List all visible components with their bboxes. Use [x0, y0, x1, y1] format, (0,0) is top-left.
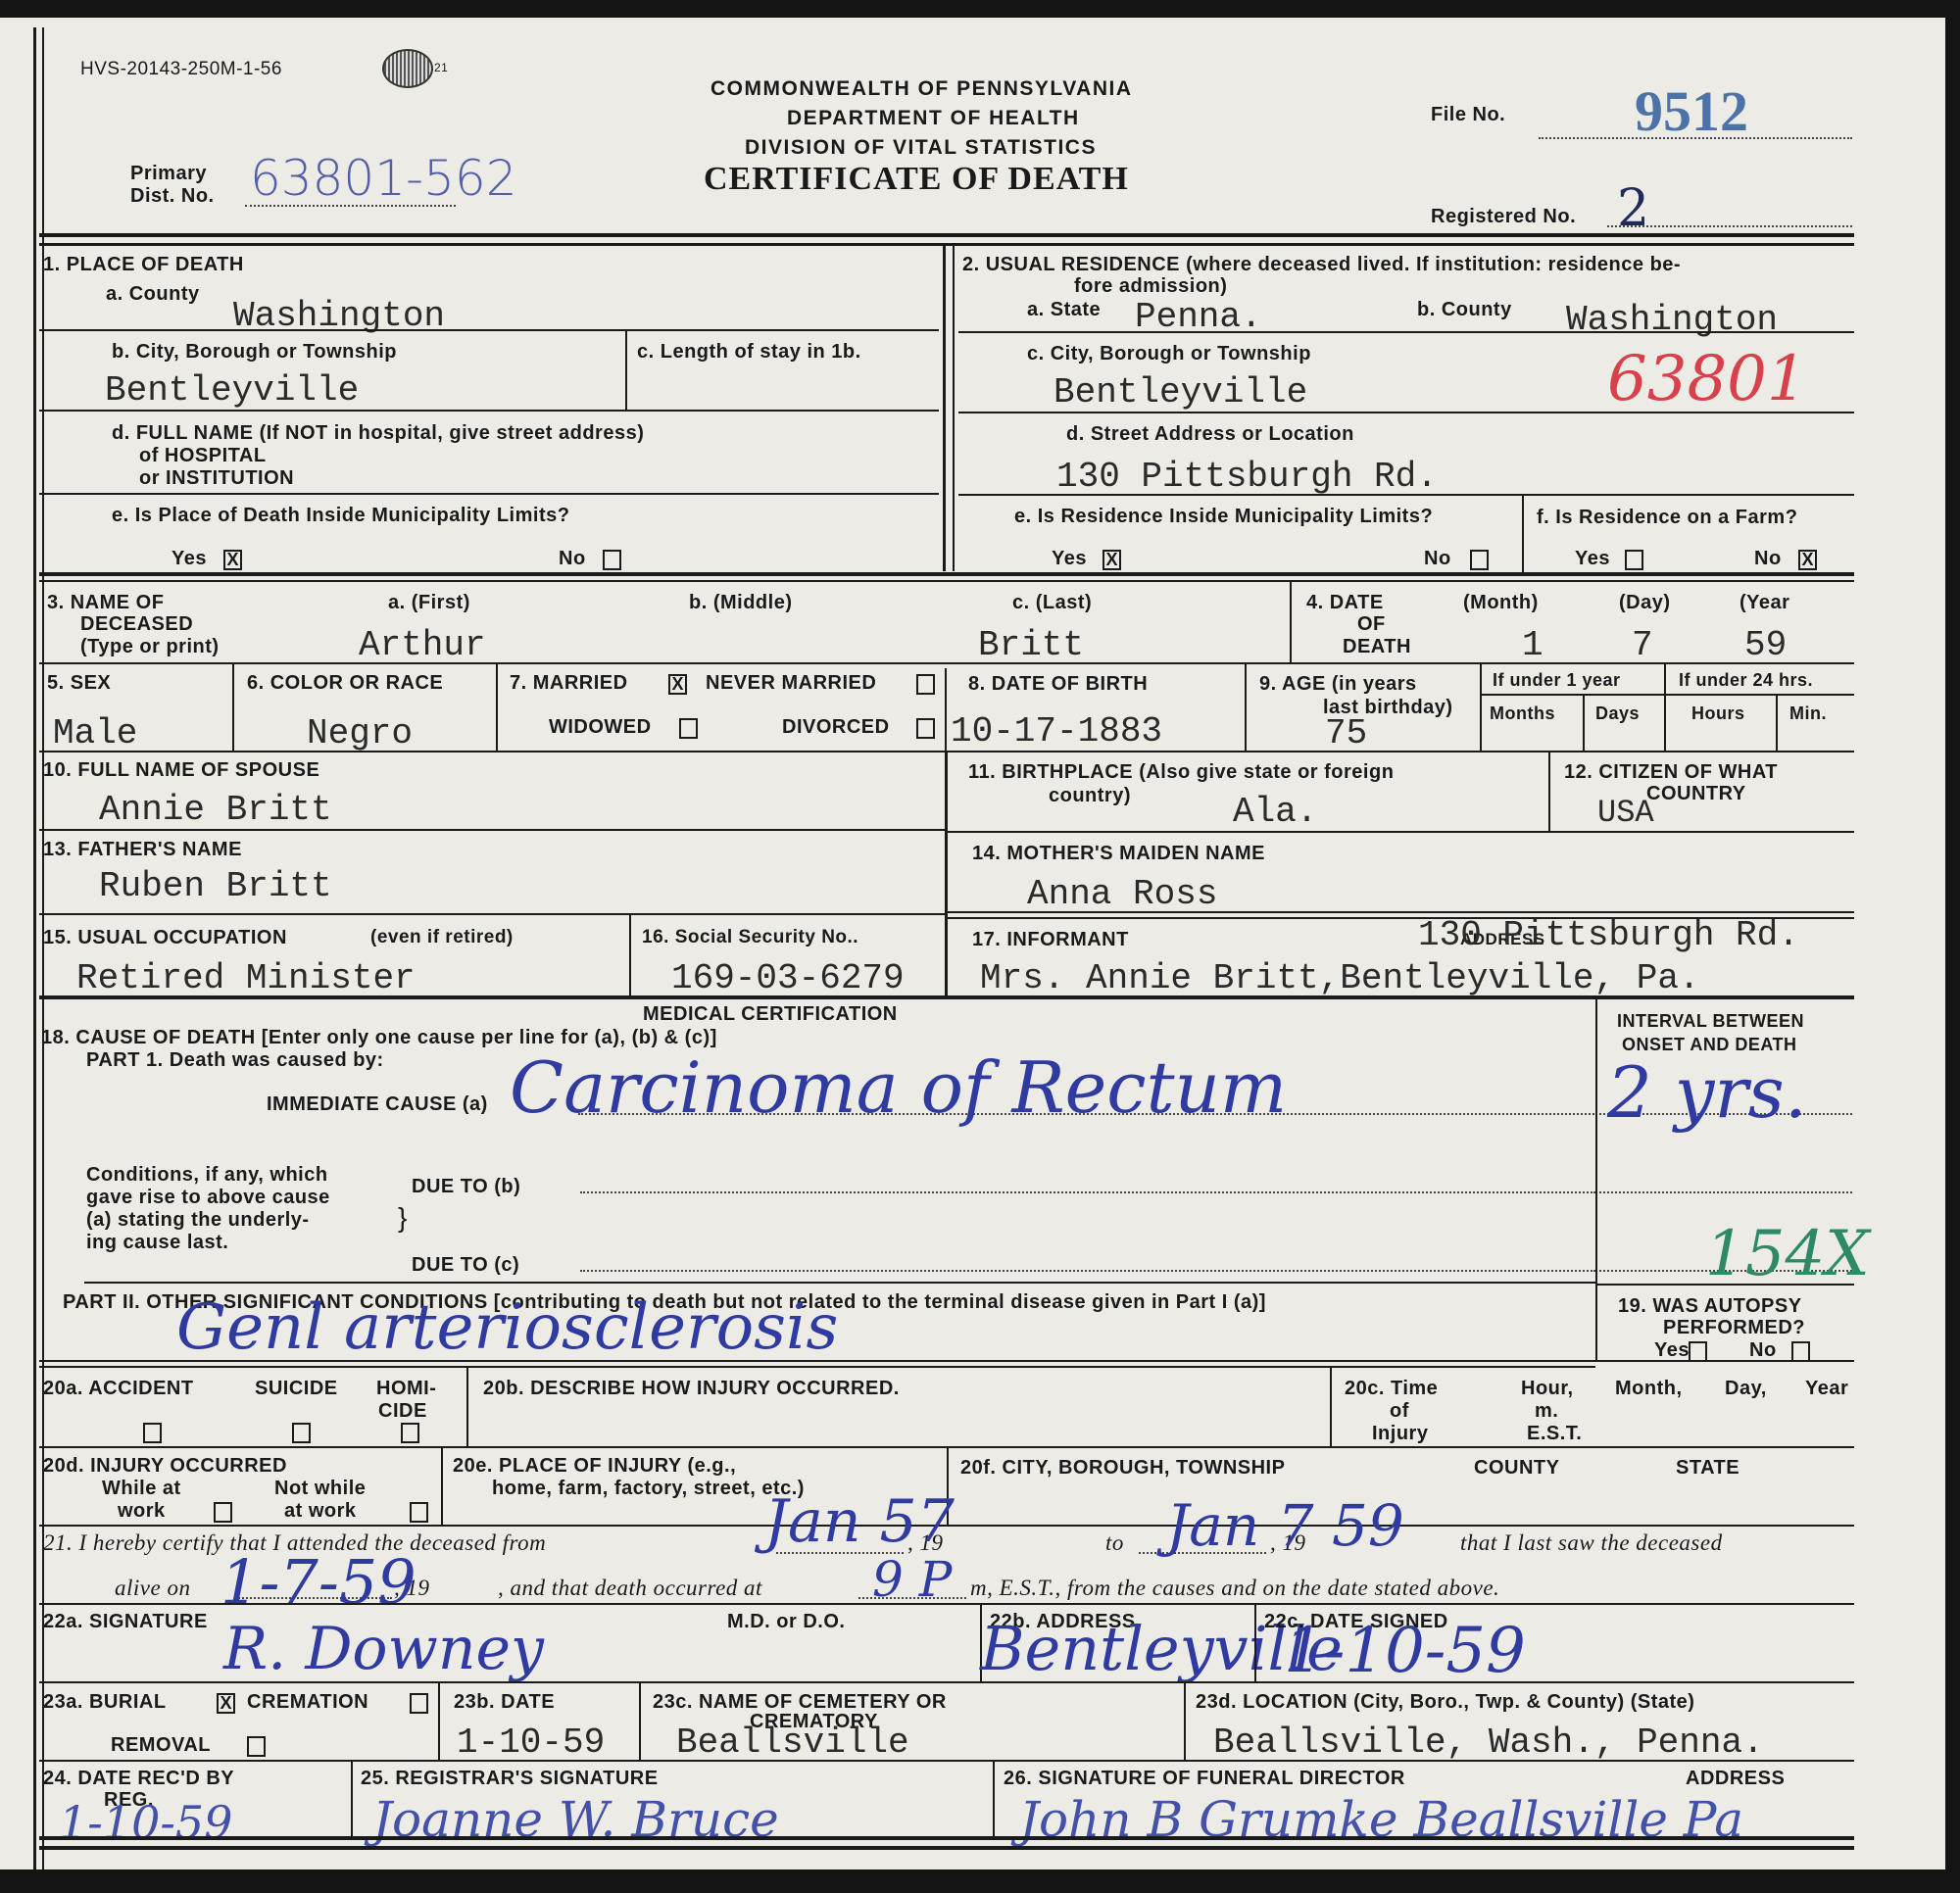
- interval-b-line: [1599, 1191, 1852, 1193]
- form-code: HVS-20143-250M-1-56: [80, 59, 282, 80]
- brace-icon: }: [398, 1164, 408, 1272]
- row-line: [39, 1760, 1854, 1762]
- hour-label: Hour,: [1521, 1378, 1574, 1399]
- hours-label: Hours: [1691, 703, 1745, 724]
- occupation-label: 15. USUAL OCCUPATION: [43, 927, 287, 948]
- widowed-checkbox[interactable]: [679, 718, 698, 739]
- cell-divider: [1664, 664, 1666, 751]
- residence-street-value: 130 Pittsburgh Rd.: [1056, 459, 1438, 496]
- header-line-2: DEPARTMENT OF HEALTH: [787, 108, 1080, 129]
- hospital-label-3: or INSTITUTION: [139, 467, 294, 489]
- page-title: CERTIFICATE OF DEATH: [704, 169, 1129, 190]
- green-code-annotation: 154X: [1705, 1218, 1870, 1290]
- primary-dist-label: Primary: [130, 163, 207, 184]
- no-label: No: [1424, 548, 1451, 569]
- death-month-value: 1: [1522, 627, 1543, 664]
- not-while-at-work-label: Not while: [274, 1478, 366, 1499]
- date-received-label: 24. DATE REC'D BY: [43, 1768, 234, 1789]
- union-mark-number: 21: [434, 57, 448, 78]
- married-checkbox[interactable]: X: [668, 674, 687, 695]
- hospital-label-2: of HOSPITAL: [139, 445, 267, 466]
- occupation-value: Retired Minister: [76, 960, 416, 997]
- mother-label: 14. MOTHER'S MAIDEN NAME: [972, 843, 1265, 864]
- age-value: 75: [1325, 715, 1367, 752]
- suicide-label: SUICIDE: [255, 1378, 338, 1399]
- date-received-value: 1-10-59: [59, 1796, 232, 1849]
- due-to-c-line: [580, 1270, 1595, 1272]
- married-label: 7. MARRIED: [510, 672, 628, 694]
- city-label: b. City, Borough or Township: [112, 341, 397, 363]
- informant-value: Mrs. Annie Britt,Bentleyville, Pa.: [980, 960, 1700, 997]
- cell-divider: [496, 662, 498, 751]
- yes-label: Yes: [1052, 548, 1087, 569]
- death-year-value: 59: [1744, 627, 1787, 664]
- injury-county-label: COUNTY: [1474, 1457, 1559, 1479]
- row-line: [947, 831, 1854, 833]
- funeral-director-label: 26. SIGNATURE OF FUNERAL DIRECTOR: [1004, 1768, 1405, 1789]
- inside-limits-label: e. Is Place of Death Inside Municipality…: [112, 505, 569, 526]
- under-24-hours-label: If under 24 hrs.: [1679, 669, 1813, 691]
- time-of-injury-label-2: of: [1390, 1400, 1409, 1422]
- no-label: No: [559, 548, 586, 569]
- row-line: [39, 493, 939, 495]
- hospital-label: d. FULL NAME (If NOT in hospital, give s…: [112, 422, 644, 444]
- interval-value: 2 yrs.: [1607, 1051, 1807, 1134]
- state-label: a. State: [1027, 299, 1101, 320]
- interval-label: INTERVAL BETWEEN: [1617, 1010, 1804, 1032]
- birth-date-value: 10-17-1883: [951, 713, 1162, 751]
- spouse-value: Annie Britt: [99, 792, 332, 829]
- row-line: [39, 662, 1854, 664]
- row-line: [1480, 694, 1854, 696]
- age-label: 9. AGE (in years: [1259, 673, 1417, 695]
- cell-divider: [629, 913, 631, 995]
- autopsy-yes-label: Yes: [1654, 1339, 1690, 1361]
- yes-label: Yes: [1575, 548, 1610, 569]
- row-line: [39, 1366, 1595, 1368]
- bottom-divider: [39, 1836, 1854, 1840]
- header-divider-2: [39, 243, 1854, 246]
- cell-divider: [1245, 664, 1247, 751]
- never-married-checkbox[interactable]: [916, 674, 935, 695]
- conditions-label-4: ing cause last.: [86, 1232, 228, 1253]
- street-label: d. Street Address or Location: [1066, 423, 1354, 445]
- ssn-value: 169-03-6279: [671, 960, 905, 997]
- medical-cert-heading: MEDICAL CERTIFICATION: [643, 1003, 898, 1025]
- autopsy-no-label: No: [1749, 1339, 1777, 1361]
- cell-divider: [1583, 694, 1585, 751]
- section-divider: [39, 572, 1854, 576]
- row-line: [39, 329, 939, 331]
- row-line: [39, 1603, 1854, 1605]
- birthplace-label: 11. BIRTHPLACE (Also give state or forei…: [968, 761, 1394, 783]
- primary-dist-label-2: Dist. No.: [130, 185, 215, 207]
- part2-value: Genl arteriosclerosis: [176, 1291, 838, 1364]
- left-border-inner: [42, 27, 44, 1869]
- burial-location-label: 23d. LOCATION (City, Boro., Twp. & Count…: [1196, 1691, 1694, 1713]
- cell-divider: [993, 1760, 995, 1838]
- cell-divider: [1776, 694, 1778, 751]
- homicide-checkbox[interactable]: [401, 1423, 419, 1443]
- suicide-checkbox[interactable]: [292, 1423, 311, 1443]
- row-line: [947, 911, 1854, 913]
- autopsy-yes-checkbox[interactable]: [1689, 1341, 1707, 1362]
- farm-no-checkbox[interactable]: X: [1798, 550, 1817, 570]
- header-divider: [39, 233, 1854, 237]
- day-label: (Day): [1619, 592, 1671, 613]
- place-of-injury-label: 20e. PLACE OF INJURY (e.g.,: [453, 1455, 736, 1477]
- section-divider: [39, 995, 1854, 999]
- cell-divider: [1290, 582, 1292, 664]
- due-to-c-label: DUE TO (c): [412, 1254, 519, 1276]
- never-married-label: NEVER MARRIED: [706, 672, 876, 694]
- inside-limits-yes-checkbox[interactable]: X: [223, 550, 242, 570]
- spouse-label: 10. FULL NAME OF SPOUSE: [43, 759, 319, 781]
- residence-city-label: c. City, Borough or Township: [1027, 343, 1311, 364]
- row-line: [958, 412, 1854, 413]
- deceased-name-label-3: (Type or print): [80, 636, 220, 657]
- middle-name-label: b. (Middle): [689, 592, 792, 613]
- injury-state-label: STATE: [1676, 1457, 1739, 1479]
- registrar-label: 25. REGISTRAR'S SIGNATURE: [361, 1768, 659, 1789]
- conditions-label-3: (a) stating the underly-: [86, 1209, 310, 1231]
- header-line-1: COMMONWEALTH OF PENNSYLVANIA: [710, 78, 1132, 100]
- father-label: 13. FATHER'S NAME: [43, 839, 242, 860]
- sex-label: 5. SEX: [47, 672, 111, 694]
- usual-residence-label: 2. USUAL RESIDENCE (where deceased lived…: [962, 254, 1681, 275]
- injury-month-label: Month,: [1615, 1378, 1683, 1399]
- section-divider-2: [39, 580, 1854, 582]
- certify-to: to: [1105, 1532, 1124, 1554]
- death-certificate: HVS-20143-250M-1-56 21 COMMONWEALTH OF P…: [0, 18, 1945, 1869]
- md-do-label: M.D. or D.O.: [727, 1611, 845, 1632]
- cell-divider: [1480, 664, 1482, 751]
- header-line-3: DIVISION OF VITAL STATISTICS: [745, 137, 1097, 159]
- file-no-value: 9512: [1635, 78, 1748, 144]
- injury-day-label: Day,: [1725, 1378, 1767, 1399]
- registered-no-label: Registered No.: [1431, 206, 1576, 227]
- cell-divider: [639, 1681, 641, 1760]
- sex-value: Male: [53, 715, 137, 752]
- birth-date-label: 8. DATE OF BIRTH: [968, 673, 1148, 695]
- part1-label: PART 1. Death was caused by:: [86, 1049, 384, 1071]
- physician-signature: R. Downey: [223, 1615, 544, 1683]
- not-while-at-work-label-2: at work: [284, 1500, 357, 1522]
- death-time-value: 9 P: [872, 1551, 952, 1608]
- place-of-injury-label-2: home, farm, factory, street, etc.): [492, 1478, 805, 1499]
- last-seen-value: 1-7-59: [220, 1546, 416, 1618]
- cell-divider: [625, 329, 627, 411]
- cell-divider: [441, 1446, 443, 1525]
- length-of-stay-label: c. Length of stay in 1b.: [637, 341, 861, 363]
- last-name-label: c. (Last): [1012, 592, 1092, 613]
- informant-address-value: 130 Pittsburgh Rd.: [1418, 917, 1799, 954]
- citizen-label-2: COUNTRY: [1646, 783, 1746, 804]
- mother-value: Anna Ross: [1027, 876, 1217, 913]
- injury-occurred-label: 20d. INJURY OCCURRED: [43, 1455, 287, 1477]
- cemetery-label: 23c. NAME OF CEMETERY OR: [653, 1691, 947, 1713]
- homicide-label: HOMI-: [376, 1378, 436, 1399]
- red-code-annotation: 63801: [1607, 343, 1807, 415]
- cell-divider: [1548, 751, 1550, 831]
- cell-divider: [1184, 1681, 1186, 1760]
- months-label: Months: [1490, 703, 1555, 724]
- injury-city-label: 20f. CITY, BOROUGH, TOWNSHIP: [960, 1457, 1285, 1479]
- certify-last-saw: that I last saw the deceased: [1460, 1532, 1723, 1554]
- row-line: [39, 1681, 1854, 1683]
- row-line: [958, 331, 1854, 333]
- first-name-value: Arthur: [359, 627, 486, 664]
- primary-dist-value: 63801-562: [250, 150, 517, 207]
- deceased-name-label-2: DECEASED: [80, 613, 193, 635]
- conditions-label-2: gave rise to above cause: [86, 1187, 330, 1208]
- funeral-address-label: ADDRESS: [1686, 1768, 1785, 1789]
- attended-to-value: Jan 7 59: [1166, 1492, 1404, 1559]
- cell-divider: [466, 1366, 468, 1446]
- bottom-divider-2: [39, 1846, 1854, 1850]
- est-label: E.S.T.: [1527, 1423, 1582, 1444]
- column-divider: [945, 751, 948, 995]
- while-at-work-checkbox[interactable]: [214, 1502, 232, 1523]
- inside-limits-no-checkbox[interactable]: [603, 550, 621, 570]
- cell-divider: [945, 668, 947, 751]
- place-of-death-label: 1. PLACE OF DEATH: [43, 254, 244, 275]
- burial-date-value: 1-10-59: [457, 1724, 605, 1762]
- file-no-label: File No.: [1431, 104, 1505, 125]
- row-line: [958, 494, 1854, 496]
- autopsy-no-checkbox[interactable]: [1791, 1341, 1810, 1362]
- conditions-label: Conditions, if any, which: [86, 1164, 328, 1186]
- homicide-label-2: CIDE: [378, 1400, 427, 1422]
- signature-label: 22a. SIGNATURE: [43, 1611, 208, 1632]
- row-line: [39, 410, 939, 412]
- last-name-value: Britt: [978, 627, 1084, 664]
- column-divider-2: [953, 246, 955, 571]
- date-signed-value: 1-10-59: [1284, 1615, 1526, 1687]
- burial-date-label: 23b. DATE: [454, 1691, 555, 1713]
- row-line: [39, 1360, 1854, 1362]
- cell-divider: [1330, 1366, 1332, 1446]
- immediate-cause-label: IMMEDIATE CAUSE (a): [267, 1093, 488, 1115]
- date-of-death-label-3: DEATH: [1343, 636, 1411, 657]
- under-1-year-label: If under 1 year: [1493, 669, 1621, 691]
- cell-divider: [1254, 1603, 1256, 1681]
- citizen-label: 12. CITIZEN OF WHAT: [1564, 761, 1778, 783]
- removal-label: REMOVAL: [111, 1734, 211, 1756]
- cause-of-death-label: 18. CAUSE OF DEATH [Enter only one cause…: [41, 1027, 717, 1048]
- death-city-value: Bentleyville: [105, 372, 359, 410]
- immediate-cause-value: Carcinoma of Rectum: [510, 1046, 1287, 1129]
- row-line: [39, 913, 945, 915]
- cemetery-value: Beallsville: [676, 1724, 909, 1762]
- month-label: (Month): [1463, 592, 1539, 613]
- attended-from-value: Jan 57: [764, 1487, 955, 1556]
- row-line: [84, 1282, 1595, 1284]
- residence-limits-label: e. Is Residence Inside Municipality Limi…: [1014, 506, 1433, 527]
- while-at-work-label-2: work: [118, 1500, 166, 1522]
- certify-end: m, E.S.T., from the causes and on the da…: [970, 1577, 1499, 1599]
- union-label-seal-icon: [382, 49, 433, 88]
- residence-limits-yes-checkbox[interactable]: X: [1102, 550, 1121, 570]
- divorced-checkbox[interactable]: [916, 718, 935, 739]
- autopsy-label-2: PERFORMED?: [1663, 1317, 1805, 1338]
- birthplace-label-2: country): [1049, 785, 1131, 806]
- time-of-injury-label-3: Injury: [1372, 1423, 1428, 1444]
- deceased-name-label: 3. NAME OF: [47, 592, 164, 613]
- not-while-at-work-checkbox[interactable]: [410, 1502, 428, 1523]
- due-to-b-line: [580, 1191, 1595, 1193]
- burial-checkbox[interactable]: X: [217, 1693, 235, 1714]
- due-to-b-label: DUE TO (b): [412, 1176, 520, 1197]
- days-label: Days: [1595, 703, 1640, 724]
- divorced-label: DIVORCED: [782, 716, 890, 738]
- residence-city-value: Bentleyville: [1053, 374, 1307, 412]
- interval-divider: [1595, 995, 1597, 1360]
- row-line: [1595, 1284, 1854, 1286]
- left-border: [33, 27, 36, 1869]
- county-label: a. County: [106, 283, 200, 305]
- farm-label: f. Is Residence on a Farm?: [1537, 507, 1797, 528]
- cremation-label: CREMATION: [247, 1691, 368, 1713]
- yes-label: Yes: [171, 548, 207, 569]
- min-label: Min.: [1789, 703, 1827, 724]
- residence-limits-no-checkbox[interactable]: [1470, 550, 1489, 570]
- birthplace-value: Ala.: [1233, 794, 1317, 831]
- race-label: 6. COLOR OR RACE: [247, 672, 443, 694]
- usual-residence-label-2: fore admission): [1074, 275, 1227, 297]
- removal-checkbox[interactable]: [247, 1736, 266, 1757]
- citizen-value: USA: [1597, 795, 1654, 832]
- column-divider: [943, 246, 946, 571]
- first-name-label: a. (First): [388, 592, 470, 613]
- cell-divider: [1522, 494, 1524, 572]
- row-line: [39, 829, 945, 831]
- hour-m-label: m.: [1535, 1400, 1558, 1422]
- farm-yes-checkbox[interactable]: [1625, 550, 1643, 570]
- informant-label: 17. INFORMANT: [972, 929, 1129, 950]
- father-value: Ruben Britt: [99, 868, 332, 905]
- cell-divider: [232, 662, 234, 751]
- cell-divider: [438, 1681, 440, 1760]
- cell-divider: [351, 1760, 353, 1838]
- certify-death-occurred: , and that death occurred at: [498, 1577, 762, 1599]
- registered-no-value: 2: [1617, 179, 1649, 238]
- describe-injury-label: 20b. DESCRIBE HOW INJURY OCCURRED.: [483, 1378, 900, 1399]
- date-of-death-label: 4. DATE: [1306, 592, 1384, 613]
- year-label: (Year: [1739, 592, 1789, 613]
- time-of-injury-label: 20c. Time: [1345, 1378, 1438, 1399]
- burial-label: 23a. BURIAL: [43, 1691, 167, 1713]
- cremation-checkbox[interactable]: [410, 1693, 428, 1714]
- death-day-value: 7: [1632, 627, 1653, 664]
- residence-county-value: Washington: [1566, 302, 1778, 339]
- accident-label: 20a. ACCIDENT: [43, 1378, 194, 1399]
- burial-location-value: Beallsville, Wash., Penna.: [1213, 1724, 1764, 1762]
- certify-alive-on: alive on: [115, 1577, 190, 1599]
- residence-county-label: b. County: [1417, 299, 1512, 320]
- ssn-label: 16. Social Security No..: [642, 927, 858, 948]
- race-value: Negro: [307, 715, 413, 752]
- widowed-label: WIDOWED: [549, 716, 652, 738]
- no-label: No: [1754, 548, 1782, 569]
- autopsy-label: 19. WAS AUTOPSY: [1618, 1295, 1802, 1317]
- injury-year-label: Year: [1805, 1378, 1848, 1399]
- accident-checkbox[interactable]: [143, 1423, 162, 1443]
- while-at-work-label: While at: [102, 1478, 181, 1499]
- occupation-label-2: (even if retired): [370, 927, 514, 948]
- date-of-death-label-2: OF: [1357, 613, 1386, 635]
